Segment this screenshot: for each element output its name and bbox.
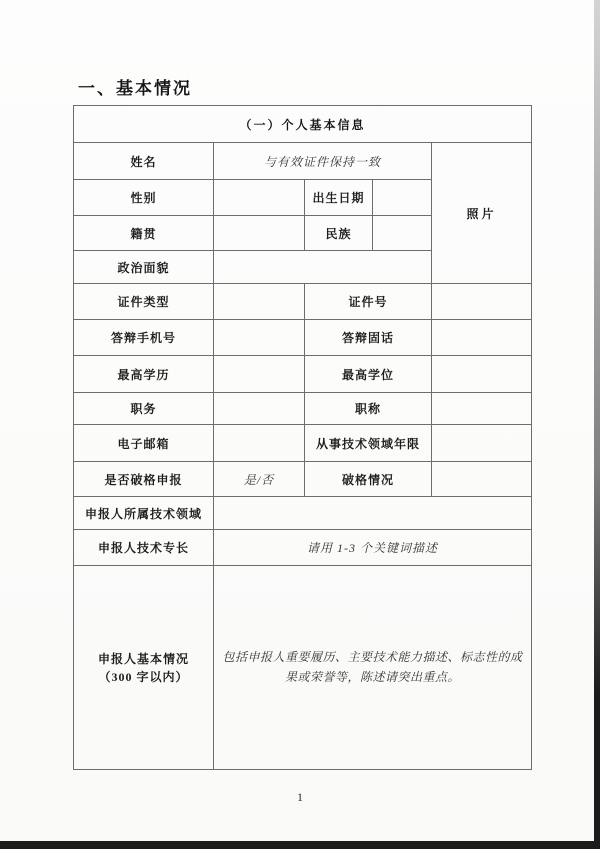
native-place-label: 籍贯 xyxy=(74,216,214,251)
email-value-cell xyxy=(214,425,305,462)
ethnicity-label: 民族 xyxy=(305,216,373,251)
position-value-cell xyxy=(214,393,305,425)
technical-field-value-cell xyxy=(214,497,532,530)
email-row: 电子邮箱 从事技术领域年限 xyxy=(74,425,532,462)
gender-label: 性别 xyxy=(74,180,214,216)
scan-edge-bottom xyxy=(0,841,600,849)
id-type-row: 证件类型 证件号 xyxy=(74,284,532,320)
ethnicity-value-cell xyxy=(373,216,432,251)
exception-detail-value-cell xyxy=(432,462,532,497)
profile-row: 申报人基本情况 （300 字以内） 包括申报人重要履历、主要技术能力描述、标志性… xyxy=(74,566,532,770)
defense-landline-label: 答辩固话 xyxy=(305,320,432,356)
technical-field-label: 申报人所属技术领域 xyxy=(74,497,214,530)
highest-education-label: 最高学历 xyxy=(74,356,214,393)
personal-info-table: （一）个人基本信息 姓名 与有效证件保持一致 照片 性别 出生日期 籍贯 民族 … xyxy=(73,105,532,770)
education-row: 最高学历 最高学位 xyxy=(74,356,532,393)
highest-degree-value-cell xyxy=(432,356,532,393)
years-in-field-value-cell xyxy=(432,425,532,462)
exception-detail-label: 破格情况 xyxy=(305,462,432,497)
title-value-cell xyxy=(432,393,532,425)
profile-label-line2: （300 字以内） xyxy=(78,668,209,686)
specialty-label: 申报人技术专长 xyxy=(74,530,214,566)
defense-landline-value-cell xyxy=(432,320,532,356)
mobile-row: 答辩手机号 答辩固话 xyxy=(74,320,532,356)
position-row: 职务 职称 xyxy=(74,393,532,425)
profile-value-cell: 包括申报人重要履历、主要技术能力描述、标志性的成果或荣誉等，陈述请突出重点。 xyxy=(214,566,532,770)
exception-apply-label: 是否破格申报 xyxy=(74,462,214,497)
id-number-label: 证件号 xyxy=(305,284,432,320)
gender-value-cell xyxy=(214,180,305,216)
exception-row: 是否破格申报 是/否 破格情况 xyxy=(74,462,532,497)
profile-label-line1: 申报人基本情况 xyxy=(78,650,209,668)
specialty-value-cell: 请用 1-3 个关键词描述 xyxy=(214,530,532,566)
name-row: 姓名 与有效证件保持一致 照片 xyxy=(74,143,532,180)
highest-education-value-cell xyxy=(214,356,305,393)
defense-mobile-value-cell xyxy=(214,320,305,356)
table-title-row: （一）个人基本信息 xyxy=(74,106,532,143)
page-number: 1 xyxy=(0,790,600,805)
position-label: 职务 xyxy=(74,393,214,425)
birthdate-label: 出生日期 xyxy=(305,180,373,216)
defense-mobile-label: 答辩手机号 xyxy=(74,320,214,356)
section-heading: 一、基本情况 xyxy=(78,74,192,99)
table-title: （一）个人基本信息 xyxy=(74,106,532,143)
specialty-row: 申报人技术专长 请用 1-3 个关键词描述 xyxy=(74,530,532,566)
photo-cell: 照片 xyxy=(432,143,532,284)
technical-field-row: 申报人所属技术领域 xyxy=(74,497,532,530)
id-number-value-cell xyxy=(432,284,532,320)
name-label: 姓名 xyxy=(74,143,214,180)
scan-edge-right xyxy=(594,0,600,849)
years-in-field-label: 从事技术领域年限 xyxy=(305,425,432,462)
highest-degree-label: 最高学位 xyxy=(305,356,432,393)
name-value-cell: 与有效证件保持一致 xyxy=(214,143,432,180)
id-type-label: 证件类型 xyxy=(74,284,214,320)
exception-apply-value-cell: 是/否 xyxy=(214,462,305,497)
id-type-value-cell xyxy=(214,284,305,320)
title-label: 职称 xyxy=(305,393,432,425)
native-place-value-cell xyxy=(214,216,305,251)
birthdate-value-cell xyxy=(373,180,432,216)
profile-label: 申报人基本情况 （300 字以内） xyxy=(74,566,214,770)
political-status-label: 政治面貌 xyxy=(74,251,214,284)
email-label: 电子邮箱 xyxy=(74,425,214,462)
political-status-value-cell xyxy=(214,251,432,284)
